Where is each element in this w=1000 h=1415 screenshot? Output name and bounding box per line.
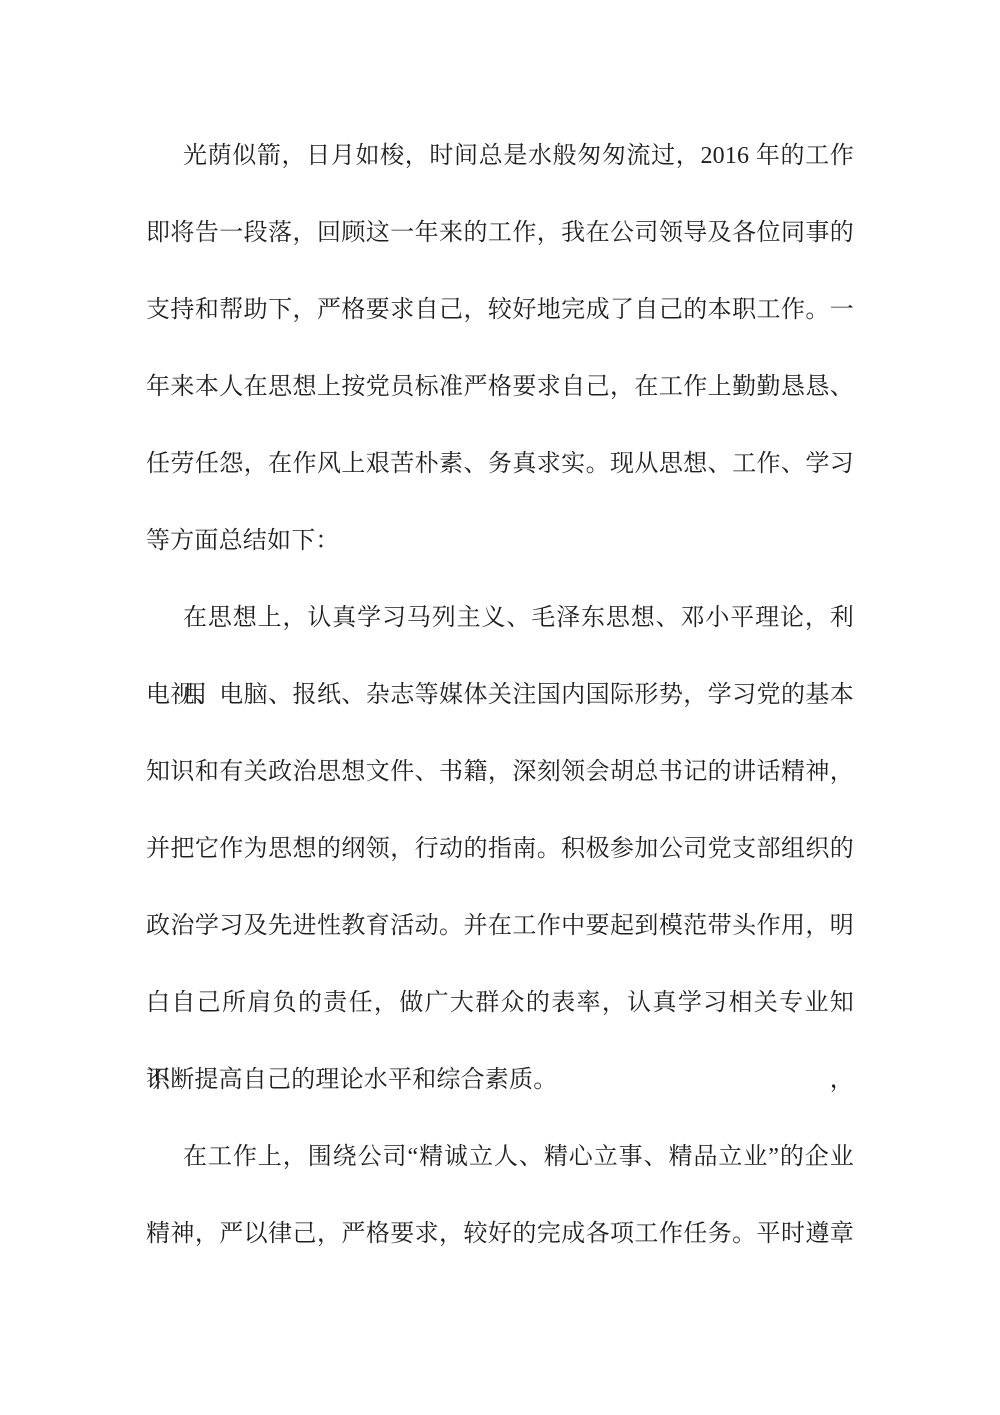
text-line: 等方面总结如下：: [146, 503, 854, 580]
text-line: 任劳任怨，在作风上艰苦朴素、务真求实。现从思想、工作、学习: [146, 426, 854, 503]
text-line: 白自己所肩负的责任，做广大群众的表率，认真学习相关专业知识，: [146, 965, 854, 1042]
text-line: 年来本人在思想上按党员标准严格要求自己，在工作上勤勤恳恳、: [146, 349, 854, 426]
document-page: 光荫似箭，日月如梭，时间总是水般匆匆流过，2016 年的工作即将告一段落，回顾这…: [0, 0, 1000, 1415]
text-line: 精神，严以律己，严格要求，较好的完成各项工作任务。平时遵章: [146, 1196, 854, 1273]
text-line: 知识和有关政治思想文件、书籍，深刻领会胡总书记的讲话精神，: [146, 734, 854, 811]
paragraph: 在工作上，围绕公司“精诚立人、精心立事、精品立业”的企业精神，严以律己，严格要求…: [146, 1119, 854, 1273]
document-body: 光荫似箭，日月如梭，时间总是水般匆匆流过，2016 年的工作即将告一段落，回顾这…: [146, 118, 854, 1273]
paragraph: 光荫似箭，日月如梭，时间总是水般匆匆流过，2016 年的工作即将告一段落，回顾这…: [146, 118, 854, 580]
text-line: 支持和帮助下，严格要求自己，较好地完成了自己的本职工作。一: [146, 272, 854, 349]
text-line: 政治学习及先进性教育活动。并在工作中要起到模范带头作用，明: [146, 888, 854, 965]
text-line: 在思想上，认真学习马列主义、毛泽东思想、邓小平理论，利用: [146, 580, 854, 657]
paragraph: 在思想上，认真学习马列主义、毛泽东思想、邓小平理论，利用电视、电脑、报纸、杂志等…: [146, 580, 854, 1119]
text-line: 并把它作为思想的纲领，行动的指南。积极参加公司党支部组织的: [146, 811, 854, 888]
text-line: 即将告一段落，回顾这一年来的工作，我在公司领导及各位同事的: [146, 195, 854, 272]
text-line: 在工作上，围绕公司“精诚立人、精心立事、精品立业”的企业: [146, 1119, 854, 1196]
text-line: 电视、电脑、报纸、杂志等媒体关注国内国际形势，学习党的基本: [146, 657, 854, 734]
text-line: 光荫似箭，日月如梭，时间总是水般匆匆流过，2016 年的工作: [146, 118, 854, 195]
